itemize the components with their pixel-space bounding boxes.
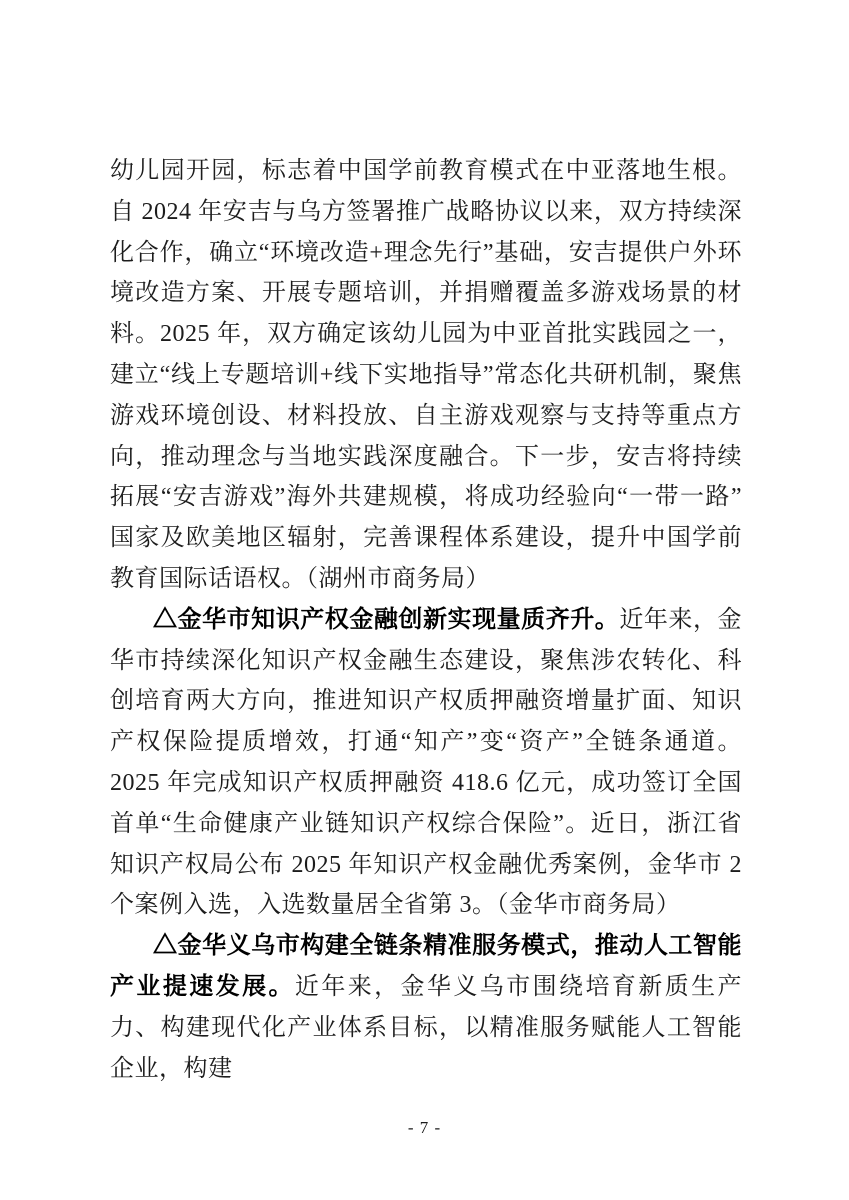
paragraph-text-segment: 近年来，金华市持续深化知识产权金融生态建设，聚焦涉农转化、科创培育两大方向，推进… [110, 607, 742, 919]
document-body: 幼儿园开园，标志着中国学前教育模式在中亚落地生根。自 2024 年安吉与乌方签署… [110, 151, 742, 1089]
paragraph: △金华义乌市构建全链条精准服务模式，推动人工智能产业提速发展。近年来，金华义乌市… [110, 926, 742, 1089]
page-number: - 7 - [408, 1118, 441, 1137]
document-page: 幼儿园开园，标志着中国学前教育模式在中亚落地生根。自 2024 年安吉与乌方签署… [0, 0, 849, 1200]
paragraph-text-segment: 幼儿园开园，标志着中国学前教育模式在中亚落地生根。自 2024 年安吉与乌方签署… [110, 158, 742, 592]
paragraph: 幼儿园开园，标志着中国学前教育模式在中亚落地生根。自 2024 年安吉与乌方签署… [110, 151, 742, 600]
paragraph-heading-segment: △金华市知识产权金融创新实现量质齐升。 [153, 607, 619, 633]
page-footer: - 7 - [0, 1118, 849, 1138]
paragraph: △金华市知识产权金融创新实现量质齐升。近年来，金华市持续深化知识产权金融生态建设… [110, 600, 742, 926]
